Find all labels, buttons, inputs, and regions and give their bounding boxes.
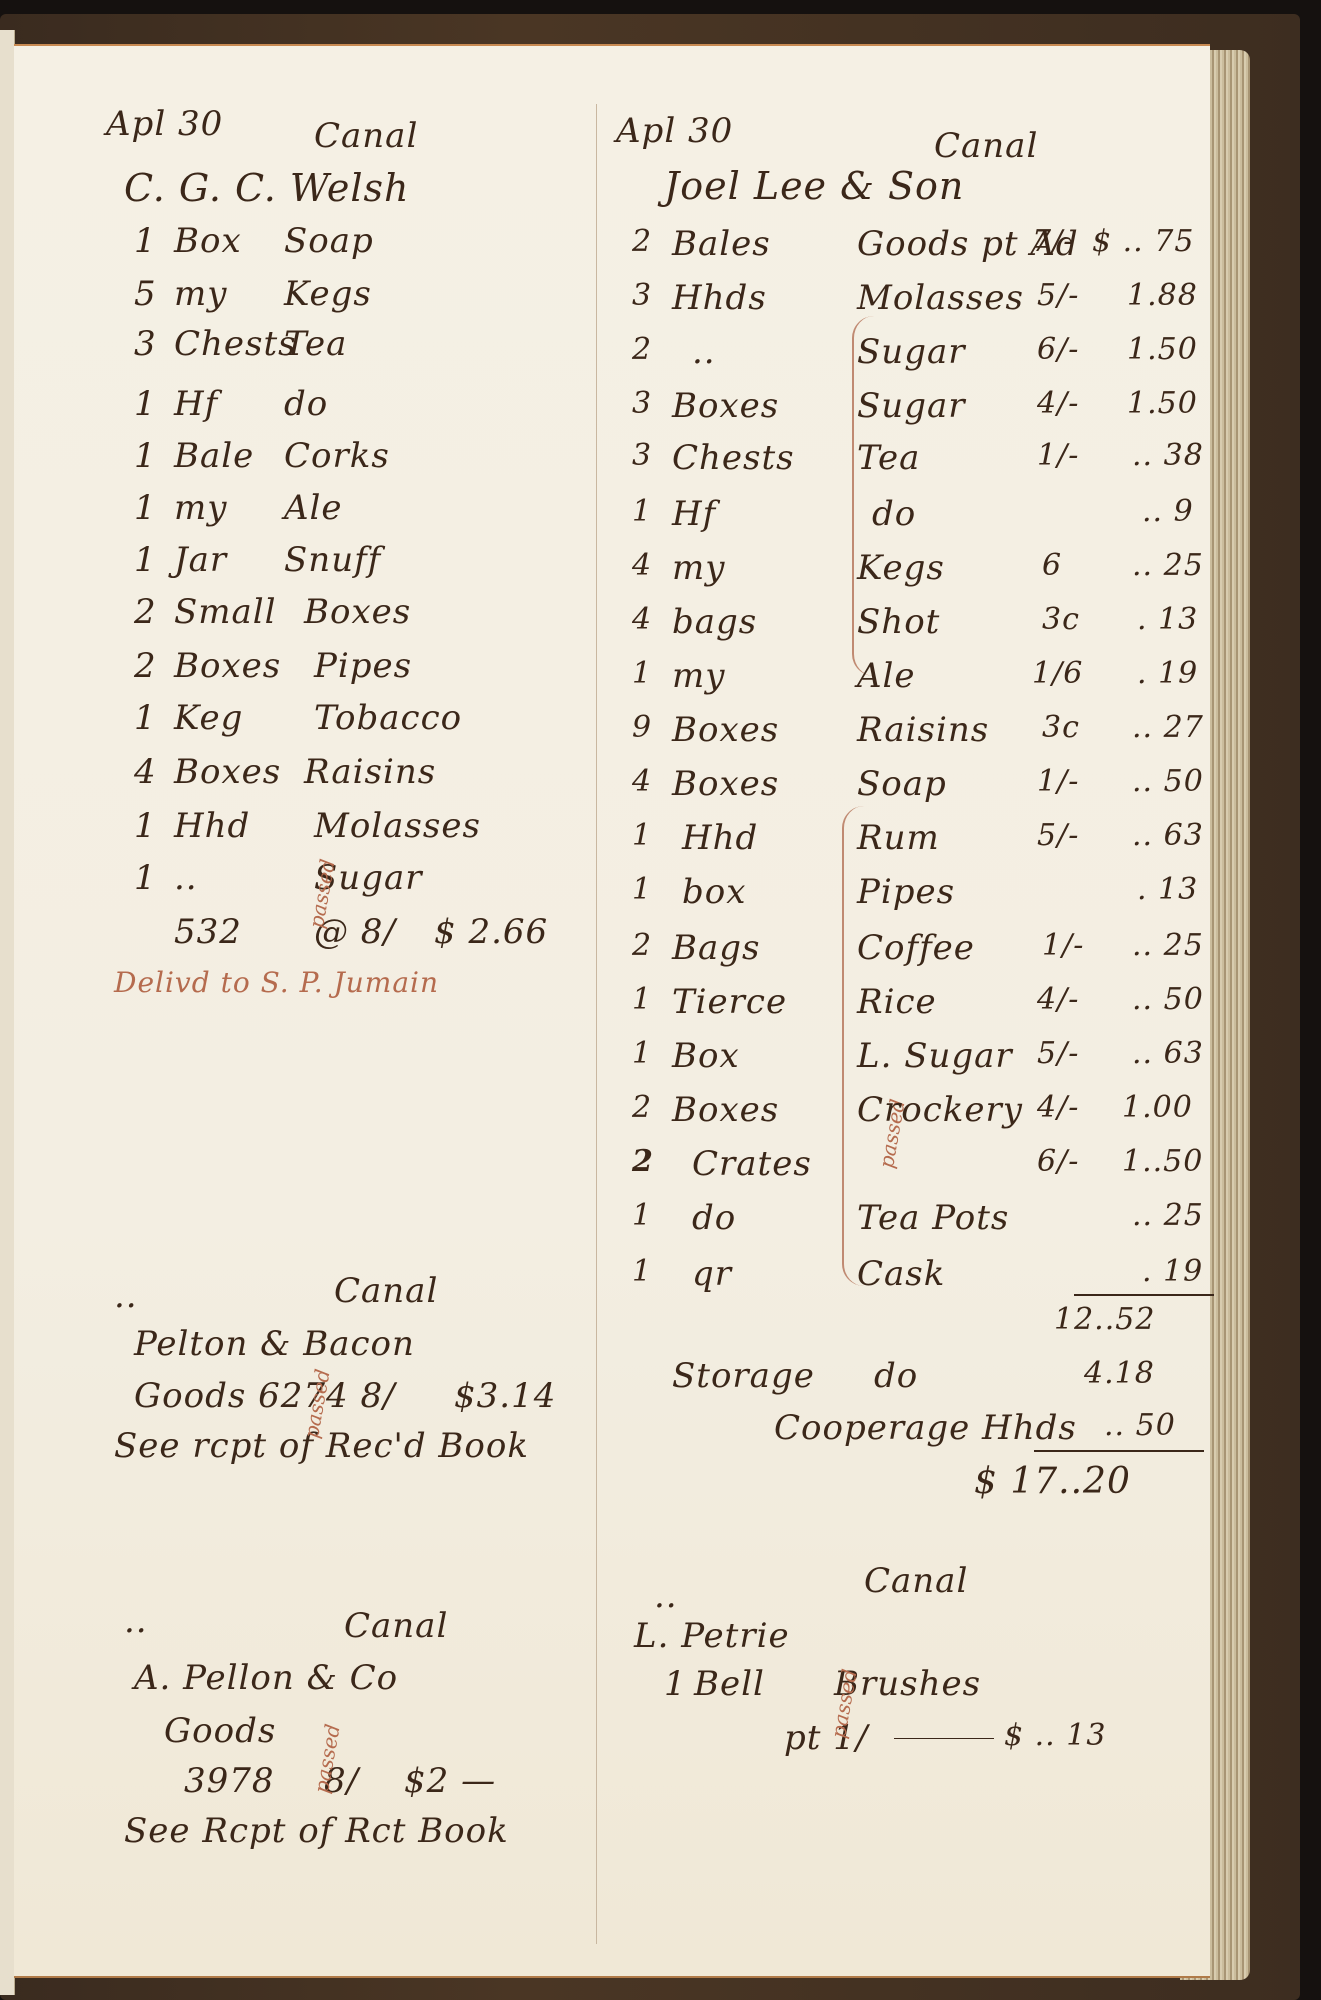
customer-name: L. Petrie <box>634 1616 790 1656</box>
storage-amount: 4.18 <box>1084 1356 1155 1391</box>
customer-name: Joel Lee & Son <box>664 164 964 208</box>
entry-date: .. <box>124 1601 148 1641</box>
storage-sub: do <box>874 1356 918 1396</box>
subtotal: 12..52 <box>1054 1302 1155 1337</box>
entry-date: .. <box>654 1576 678 1616</box>
entry-heading: Canal <box>864 1561 968 1601</box>
cooperage-label: Cooperage Hhds <box>774 1408 1077 1448</box>
weight: 532 <box>174 912 242 952</box>
entry-heading: Canal <box>344 1606 448 1646</box>
entry-heading: Canal <box>934 126 1038 166</box>
amount: $ 2.66 <box>434 912 548 952</box>
ledger-page: Apl 30 Canal C. G. C. Welsh 1 Box Soap 5… <box>14 44 1210 1978</box>
weight: 3978 <box>184 1761 275 1801</box>
customer-name: C. G. C. Welsh <box>124 166 410 210</box>
total: $ 17..20 <box>974 1461 1131 1502</box>
cooperage-amount: .. 50 <box>1104 1408 1176 1443</box>
dash-rule <box>894 1738 994 1739</box>
previous-page-edge <box>0 30 15 1995</box>
rate-line: pt 1/ <box>784 1718 868 1758</box>
goods-line: Goods <box>164 1711 276 1751</box>
entry-heading: Canal <box>334 1271 438 1311</box>
amount: $ .. 13 <box>1004 1718 1106 1753</box>
subtotal-rule <box>1074 1294 1214 1296</box>
delivery-note: Delivd to S. P. Jumain <box>114 966 439 999</box>
entry-heading: Canal <box>314 116 418 156</box>
amount: $2 — <box>404 1761 496 1801</box>
goods-line: Goods 6274 8/ <box>134 1376 396 1416</box>
entry-date: Apl 30 <box>616 111 733 151</box>
receipt-note: See Rcpt of Rct Book <box>124 1811 509 1851</box>
total-rule <box>1034 1450 1204 1452</box>
entry-date: Apl 30 <box>106 104 223 144</box>
amount: $3.14 <box>454 1376 556 1416</box>
storage-label: Storage <box>672 1356 815 1396</box>
customer-name: A. Pellon & Co <box>134 1658 398 1698</box>
entry-date: .. <box>114 1276 138 1316</box>
customer-name: Pelton & Bacon <box>134 1324 415 1364</box>
column-divider <box>596 104 597 1944</box>
